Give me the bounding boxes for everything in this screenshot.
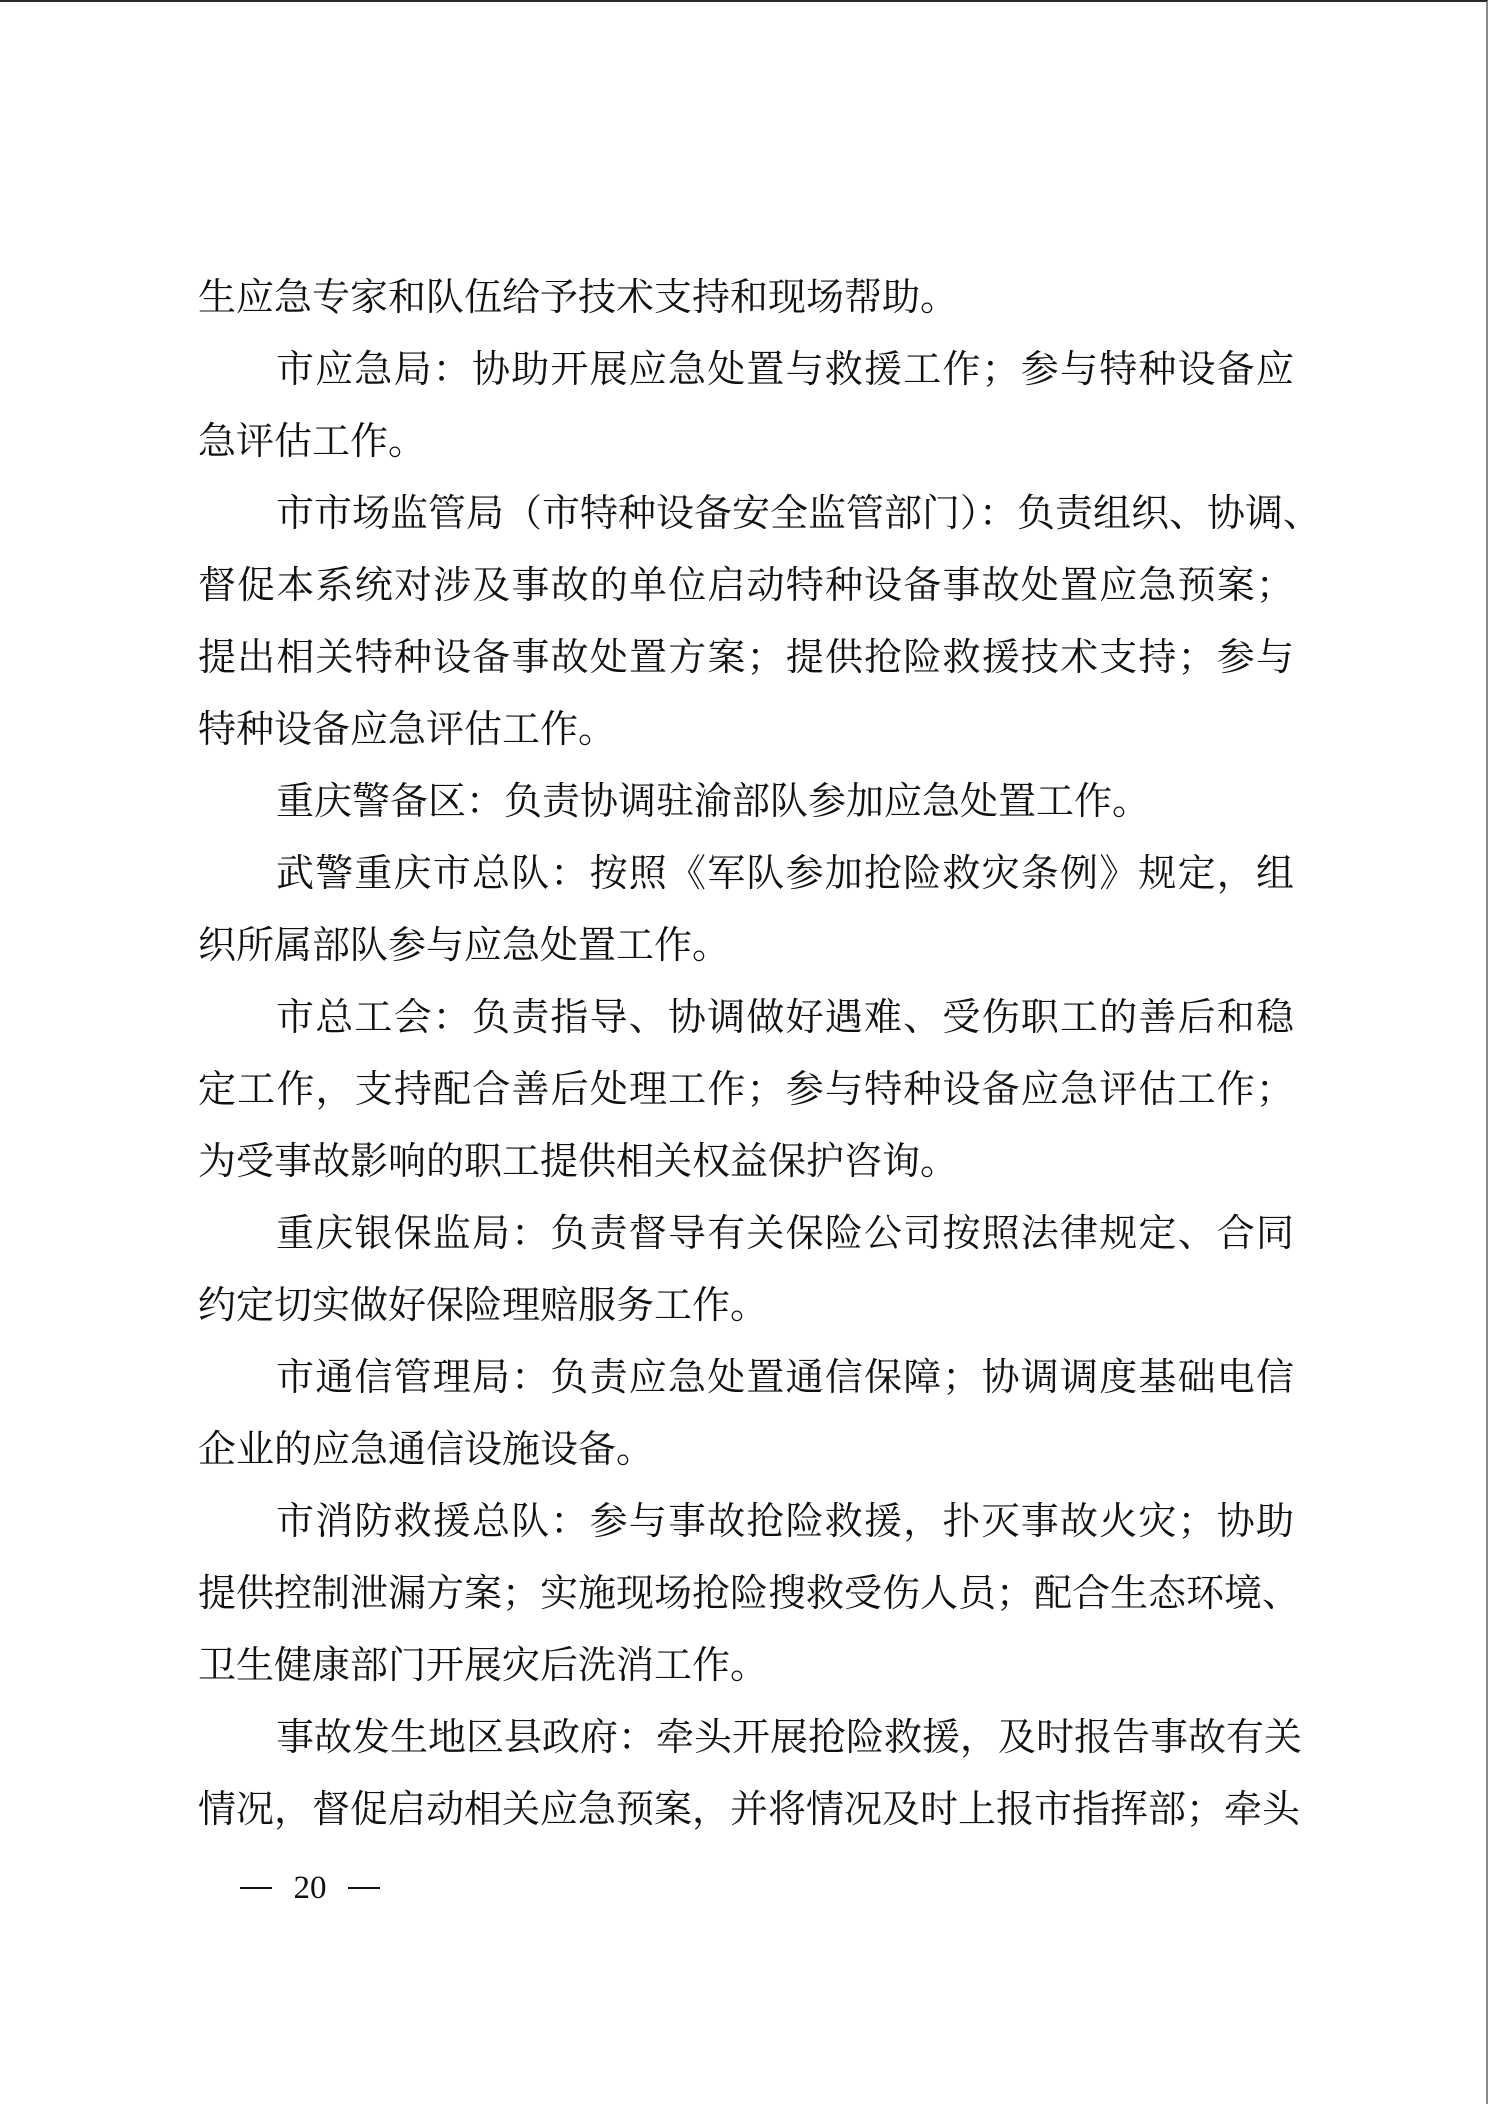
text-line: 约定切实做好保险理赔服务工作。 xyxy=(198,1269,1294,1341)
text-line: 市总工会：负责指导、协调做好遇难、受伤职工的善后和稳 xyxy=(198,981,1294,1053)
text-line: 督促本系统对涉及事故的单位启动特种设备事故处置应急预案； xyxy=(198,549,1294,621)
paragraph-armed-police-chongqing: 武警重庆市总队：按照《军队参加抢险救灾条例》规定，组 织所属部队参与应急处置工作… xyxy=(198,837,1294,981)
text-line: 市消防救援总队：参与事故抢险救援，扑灭事故火灾；协助 xyxy=(198,1485,1294,1557)
paragraph-city-fire-rescue-corps: 市消防救援总队：参与事故抢险救援，扑灭事故火灾；协助 提供控制泄漏方案；实施现场… xyxy=(198,1485,1294,1701)
text-line: 情况，督促启动相关应急预案，并将情况及时上报市指挥部；牵头 xyxy=(198,1773,1294,1845)
text-line: 急评估工作。 xyxy=(198,405,1294,477)
text-line: 企业的应急通信设施设备。 xyxy=(198,1413,1294,1485)
text-line: 市通信管理局：负责应急处置通信保障；协调调度基础电信 xyxy=(198,1341,1294,1413)
page-number: 20 xyxy=(240,1870,380,1906)
paragraph-chongqing-garrison: 重庆警备区：负责协调驻渝部队参加应急处置工作。 xyxy=(198,765,1294,837)
text-line: 生应急专家和队伍给予技术支持和现场帮助。 xyxy=(198,261,1294,333)
paragraph-chongqing-banking-insurance-regulatory-bureau: 重庆银保监局：负责督导有关保险公司按照法律规定、合同 约定切实做好保险理赔服务工… xyxy=(198,1197,1294,1341)
text-line: 卫生健康部门开展灾后洗消工作。 xyxy=(198,1629,1294,1701)
text-line: 重庆警备区：负责协调驻渝部队参加应急处置工作。 xyxy=(198,765,1294,837)
text-line: 为受事故影响的职工提供相关权益保护咨询。 xyxy=(198,1125,1294,1197)
text-line: 武警重庆市总队：按照《军队参加抢险救灾条例》规定，组 xyxy=(198,837,1294,909)
document-page: 生应急专家和队伍给予技术支持和现场帮助。 市应急局：协助开展应急处置与救援工作；… xyxy=(0,0,1488,2104)
text-line: 特种设备应急评估工作。 xyxy=(198,693,1294,765)
page-number-right-dash xyxy=(348,1887,380,1889)
text-line: 重庆银保监局：负责督导有关保险公司按照法律规定、合同 xyxy=(198,1197,1294,1269)
paragraph-city-emergency-bureau: 市应急局：协助开展应急处置与救援工作；参与特种设备应 急评估工作。 xyxy=(198,333,1294,477)
page-number-left-dash xyxy=(240,1887,272,1889)
text-line: 事故发生地区县政府：牵头开展抢险救援，及时报告事故有关 xyxy=(198,1701,1294,1773)
paragraph-city-market-supervision-bureau: 市市场监管局（市特种设备安全监管部门）：负责组织、协调、 督促本系统对涉及事故的… xyxy=(198,477,1294,765)
text-line: 定工作，支持配合善后处理工作；参与特种设备应急评估工作； xyxy=(198,1053,1294,1125)
document-body: 生应急专家和队伍给予技术支持和现场帮助。 市应急局：协助开展应急处置与救援工作；… xyxy=(198,261,1294,1845)
paragraph-city-federation-of-trade-unions: 市总工会：负责指导、协调做好遇难、受伤职工的善后和稳 定工作，支持配合善后处理工… xyxy=(198,981,1294,1197)
text-line: 织所属部队参与应急处置工作。 xyxy=(198,909,1294,981)
text-line: 市应急局：协助开展应急处置与救援工作；参与特种设备应 xyxy=(198,333,1294,405)
paragraph-district-county-government: 事故发生地区县政府：牵头开展抢险救援，及时报告事故有关 情况，督促启动相关应急预… xyxy=(198,1701,1294,1845)
text-line: 提出相关特种设备事故处置方案；提供抢险救援技术支持；参与 xyxy=(198,621,1294,693)
text-line: 提供控制泄漏方案；实施现场抢险搜救受伤人员；配合生态环境、 xyxy=(198,1557,1294,1629)
paragraph-city-communications-administration: 市通信管理局：负责应急处置通信保障；协调调度基础电信 企业的应急通信设施设备。 xyxy=(198,1341,1294,1485)
text-line: 市市场监管局（市特种设备安全监管部门）：负责组织、协调、 xyxy=(198,477,1294,549)
paragraph-continuation: 生应急专家和队伍给予技术支持和现场帮助。 xyxy=(198,261,1294,333)
page-number-value: 20 xyxy=(294,1870,327,1906)
